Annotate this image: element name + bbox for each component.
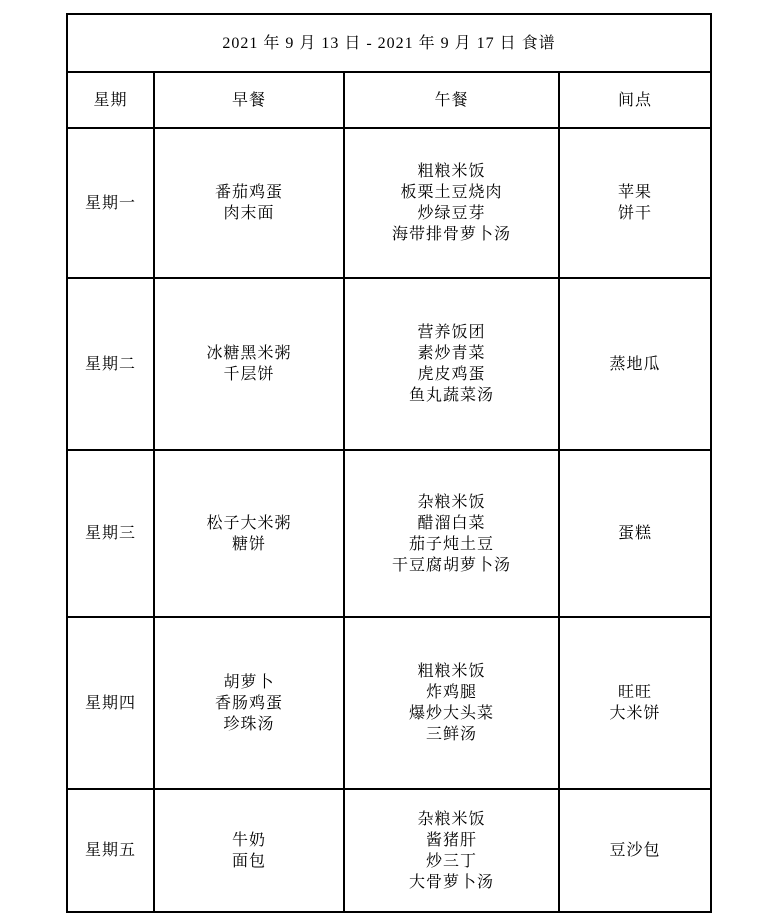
table-row: 星期一番茄鸡蛋肉末面粗粮米饭板栗土豆烧肉炒绿豆芽海带排骨萝卜汤苹果饼干	[67, 128, 711, 278]
snack-cell: 苹果饼干	[559, 128, 711, 278]
menu-item: 糖饼	[157, 534, 341, 555]
document-page: 2021 年 9 月 13 日 - 2021 年 9 月 17 日 食谱 星期 …	[0, 0, 771, 916]
menu-item: 海带排骨萝卜汤	[347, 224, 556, 245]
menu-item: 冰糖黑米粥	[157, 343, 341, 364]
menu-item: 大骨萝卜汤	[347, 872, 556, 893]
menu-item: 炒绿豆芽	[347, 203, 556, 224]
menu-item: 茄子炖土豆	[347, 534, 556, 555]
breakfast-cell: 松子大米粥糖饼	[154, 450, 344, 617]
lunch-cell: 粗粮米饭板栗土豆烧肉炒绿豆芽海带排骨萝卜汤	[344, 128, 559, 278]
menu-item: 杂粮米饭	[347, 809, 556, 830]
header-lunch: 午餐	[344, 72, 559, 128]
menu-rows: 星期一番茄鸡蛋肉末面粗粮米饭板栗土豆烧肉炒绿豆芽海带排骨萝卜汤苹果饼干星期二冰糖…	[67, 128, 711, 912]
lunch-cell: 杂粮米饭酱猪肝炒三丁大骨萝卜汤	[344, 789, 559, 912]
menu-item: 香肠鸡蛋	[157, 693, 341, 714]
menu-item: 星期一	[70, 193, 151, 214]
lunch-cell: 营养饭团素炒青菜虎皮鸡蛋鱼丸蔬菜汤	[344, 278, 559, 450]
menu-item: 营养饭团	[347, 322, 556, 343]
header-snack: 间点	[559, 72, 711, 128]
day-cell: 星期一	[67, 128, 154, 278]
snack-cell: 旺旺大米饼	[559, 617, 711, 789]
table-row: 星期三松子大米粥糖饼杂粮米饭醋溜白菜茄子炖土豆干豆腐胡萝卜汤蛋糕	[67, 450, 711, 617]
menu-item: 炸鸡腿	[347, 682, 556, 703]
menu-item: 三鲜汤	[347, 724, 556, 745]
snack-cell: 豆沙包	[559, 789, 711, 912]
menu-item: 饼干	[562, 203, 708, 224]
menu-item: 粗粮米饭	[347, 161, 556, 182]
menu-item: 牛奶	[157, 830, 341, 851]
snack-cell: 蒸地瓜	[559, 278, 711, 450]
day-cell: 星期五	[67, 789, 154, 912]
menu-item: 干豆腐胡萝卜汤	[347, 555, 556, 576]
table-row: 星期四胡萝卜香肠鸡蛋珍珠汤粗粮米饭炸鸡腿爆炒大头菜三鲜汤旺旺大米饼	[67, 617, 711, 789]
menu-item: 粗粮米饭	[347, 661, 556, 682]
table-title: 2021 年 9 月 13 日 - 2021 年 9 月 17 日 食谱	[67, 14, 711, 72]
menu-item: 爆炒大头菜	[347, 703, 556, 724]
menu-item: 面包	[157, 851, 341, 872]
menu-item: 千层饼	[157, 364, 341, 385]
menu-item: 旺旺	[562, 682, 708, 703]
header-row: 星期 早餐 午餐 间点	[67, 72, 711, 128]
table-row: 星期二冰糖黑米粥千层饼营养饭团素炒青菜虎皮鸡蛋鱼丸蔬菜汤蒸地瓜	[67, 278, 711, 450]
lunch-cell: 粗粮米饭炸鸡腿爆炒大头菜三鲜汤	[344, 617, 559, 789]
day-cell: 星期二	[67, 278, 154, 450]
snack-cell: 蛋糕	[559, 450, 711, 617]
menu-item: 酱猪肝	[347, 830, 556, 851]
menu-item: 杂粮米饭	[347, 492, 556, 513]
menu-item: 星期五	[70, 840, 151, 861]
breakfast-cell: 牛奶面包	[154, 789, 344, 912]
menu-item: 虎皮鸡蛋	[347, 364, 556, 385]
menu-item: 珍珠汤	[157, 714, 341, 735]
breakfast-cell: 番茄鸡蛋肉末面	[154, 128, 344, 278]
menu-item: 鱼丸蔬菜汤	[347, 385, 556, 406]
menu-item: 松子大米粥	[157, 513, 341, 534]
day-cell: 星期三	[67, 450, 154, 617]
menu-item: 醋溜白菜	[347, 513, 556, 534]
header-breakfast: 早餐	[154, 72, 344, 128]
menu-item: 蛋糕	[562, 523, 708, 544]
table-row: 星期五牛奶面包杂粮米饭酱猪肝炒三丁大骨萝卜汤豆沙包	[67, 789, 711, 912]
day-cell: 星期四	[67, 617, 154, 789]
header-day: 星期	[67, 72, 154, 128]
menu-item: 星期三	[70, 523, 151, 544]
menu-item: 炒三丁	[347, 851, 556, 872]
menu-item: 番茄鸡蛋	[157, 182, 341, 203]
menu-table: 2021 年 9 月 13 日 - 2021 年 9 月 17 日 食谱 星期 …	[66, 13, 712, 913]
menu-item: 大米饼	[562, 703, 708, 724]
lunch-cell: 杂粮米饭醋溜白菜茄子炖土豆干豆腐胡萝卜汤	[344, 450, 559, 617]
menu-item: 板栗土豆烧肉	[347, 182, 556, 203]
menu-item: 豆沙包	[562, 840, 708, 861]
menu-item: 胡萝卜	[157, 672, 341, 693]
menu-item: 素炒青菜	[347, 343, 556, 364]
title-row: 2021 年 9 月 13 日 - 2021 年 9 月 17 日 食谱	[67, 14, 711, 72]
menu-item: 星期二	[70, 354, 151, 375]
breakfast-cell: 胡萝卜香肠鸡蛋珍珠汤	[154, 617, 344, 789]
breakfast-cell: 冰糖黑米粥千层饼	[154, 278, 344, 450]
menu-item: 苹果	[562, 182, 708, 203]
menu-item: 星期四	[70, 693, 151, 714]
menu-item: 蒸地瓜	[562, 354, 708, 375]
menu-item: 肉末面	[157, 203, 341, 224]
